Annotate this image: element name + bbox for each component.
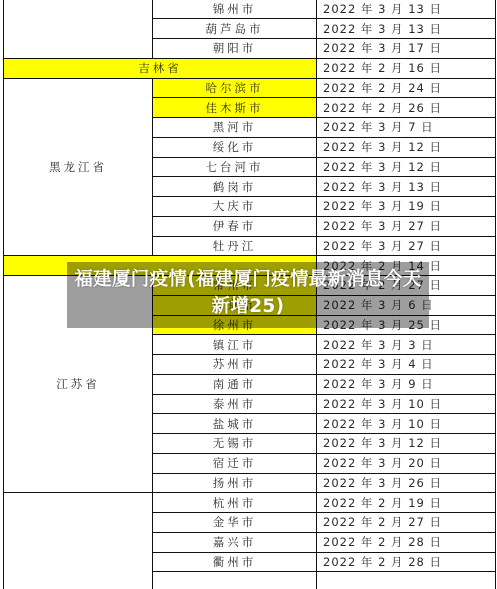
city-cell: 宿迁市 bbox=[153, 453, 317, 473]
date-cell: 2022 年 3 月 13 日 bbox=[317, 177, 496, 197]
city-cell: 黑河市 bbox=[153, 118, 317, 138]
date-cell: 2022 年 3 月 12 日 bbox=[317, 157, 496, 177]
city-cell: 苏州市 bbox=[153, 355, 317, 375]
province-cell-liaoning bbox=[4, 0, 153, 58]
date-cell: 2022 年 2 月 27 日 bbox=[317, 513, 496, 533]
date-cell: 2022 年 3 月 19 日 bbox=[317, 197, 496, 217]
city-cell: 哈尔滨市 bbox=[153, 78, 317, 98]
date-cell: 2022 年 3 月 27 日 bbox=[317, 216, 496, 236]
city-cell: 大庆市 bbox=[153, 197, 317, 217]
date-cell: 2022 年 2 月 28 日 bbox=[317, 532, 496, 552]
date-cell: 2022 年 3 月 9 日 bbox=[317, 374, 496, 394]
date-cell: 2022 年 2 月 28 日 bbox=[317, 552, 496, 572]
date-cell: 2022 年 3 月 10 日 bbox=[317, 394, 496, 414]
city-cell: 扬州市 bbox=[153, 473, 317, 493]
date-cell: 2022 年 3 月 7 日 bbox=[317, 118, 496, 138]
city-cell: 盐城市 bbox=[153, 414, 317, 434]
city-cell: 无锡市 bbox=[153, 434, 317, 454]
date-cell: 2022 年 2 月 26 日 bbox=[317, 98, 496, 118]
city-cell: 朝阳市 bbox=[153, 39, 317, 59]
table-row: 锦州市 2022 年 3 月 13 日 bbox=[4, 0, 496, 19]
city-cell: 衢州市 bbox=[153, 552, 317, 572]
province-cell-heilongjiang: 黑龙江省 bbox=[4, 78, 153, 256]
city-cell: 镇江市 bbox=[153, 335, 317, 355]
date-cell: 2022 年 3 月 17 日 bbox=[317, 39, 496, 59]
city-cell: 南通市 bbox=[153, 374, 317, 394]
date-cell: 2022 年 2 月 16 日 bbox=[317, 58, 496, 78]
city-cell: 嘉兴市 bbox=[153, 532, 317, 552]
date-cell: 2022 年 3 月 12 日 bbox=[317, 137, 496, 157]
date-cell: 2022 年 3 月 3 日 bbox=[317, 335, 496, 355]
date-cell: 2022 年 3 月 20 日 bbox=[317, 453, 496, 473]
date-cell: 2022 年 2 月 19 日 bbox=[317, 493, 496, 513]
city-cell: 牡丹江 bbox=[153, 236, 317, 256]
city-cell bbox=[153, 572, 317, 589]
date-cell: 2022 年 3 月 10 日 bbox=[317, 414, 496, 434]
city-cell: 金华市 bbox=[153, 513, 317, 533]
city-cell: 佳木斯市 bbox=[153, 98, 317, 118]
city-cell: 泰州市 bbox=[153, 394, 317, 414]
table-row: 杭州市 2022 年 2 月 19 日 bbox=[4, 493, 496, 513]
date-cell: 2022 年 3 月 4 日 bbox=[317, 355, 496, 375]
date-cell bbox=[317, 572, 496, 589]
date-cell: 2022 年 3 月 13 日 bbox=[317, 0, 496, 19]
date-cell: 2022 年 2 月 24 日 bbox=[317, 78, 496, 98]
table-row: 吉林省 2022 年 2 月 16 日 bbox=[4, 58, 496, 78]
city-cell: 鹤岗市 bbox=[153, 177, 317, 197]
city-cell: 七台河市 bbox=[153, 157, 317, 177]
city-cell: 伊春市 bbox=[153, 216, 317, 236]
date-cell: 2022 年 3 月 13 日 bbox=[317, 19, 496, 39]
table-row: 黑龙江省 哈尔滨市 2022 年 2 月 24 日 bbox=[4, 78, 496, 98]
date-cell: 2022 年 3 月 26 日 bbox=[317, 473, 496, 493]
date-cell: 2022 年 3 月 12 日 bbox=[317, 434, 496, 454]
province-cell-jilin: 吉林省 bbox=[4, 58, 317, 78]
article-title-overlay: 福建厦门疫情(福建厦门疫情最新消息今天新增25) bbox=[67, 262, 429, 328]
city-cell: 锦州市 bbox=[153, 0, 317, 19]
date-cell: 2022 年 3 月 27 日 bbox=[317, 236, 496, 256]
city-cell: 绥化市 bbox=[153, 137, 317, 157]
city-cell: 杭州市 bbox=[153, 493, 317, 513]
province-cell-zhejiang bbox=[4, 493, 153, 589]
city-cell: 葫芦岛市 bbox=[153, 19, 317, 39]
